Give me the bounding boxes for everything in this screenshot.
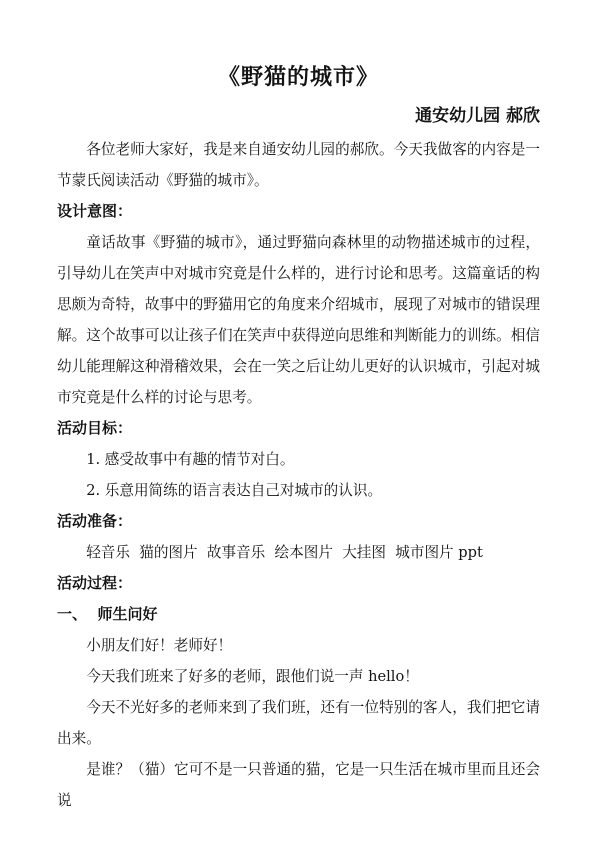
design-intent-paragraph: 童话故事《野猫的城市》，通过野猫向森林里的动物描述城市的过程，引导幼儿在笑声中对… [57,227,540,413]
preparation-materials-list: 轻音乐 猫的图片 故事音乐 绘本图片 大挂图 城市图片 ppt [57,537,540,568]
goal-item-1: 1. 感受故事中有趣的情节对白。 [57,444,540,475]
author-byline: 通安幼儿园 郝欣 [57,98,540,134]
process-step-1-heading: 一、 师生问好 [57,599,540,630]
goal-item-2: 2. 乐意用简练的语言表达自己对城市的认识。 [57,475,540,506]
intro-paragraph: 各位老师大家好，我是来自通安幼儿园的郝欣。今天我做客的内容是一节蒙氏阅读活动《野… [57,134,540,196]
document-title: 《野猫的城市》 [57,56,540,98]
dialogue-line-special-guest: 今天不光好多的老师来到了我们班，还有一位特别的客人，我们把它请出来。 [57,692,540,754]
dialogue-line-greeting: 小朋友们好！老师好！ [57,630,540,661]
document-page: 《野猫的城市》 通安幼儿园 郝欣 各位老师大家好，我是来自通安幼儿园的郝欣。今天… [0,0,595,842]
dialogue-line-hello: 今天我们班来了好多的老师，跟他们说一声 hello！ [57,661,540,692]
section-heading-goals: 活动目标： [57,413,540,444]
dialogue-line-who-is-it: 是谁？（猫）它可不是一只普通的猫，它是一只生活在城市里而且还会说 [57,754,540,816]
section-heading-preparation: 活动准备： [57,506,540,537]
section-heading-design-intent: 设计意图： [57,196,540,227]
section-heading-process: 活动过程： [57,568,540,599]
